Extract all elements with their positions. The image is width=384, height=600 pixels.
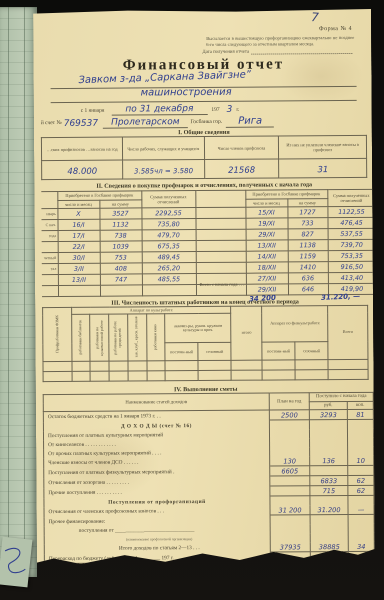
rubles-value: [309, 420, 347, 430]
workers-count-value: 3.585чл = 3.580: [123, 160, 204, 180]
date-received-label: Дата получения отчета: [202, 50, 249, 55]
handwritten-value: 476,45: [340, 218, 362, 226]
handwritten-value: 408: [115, 264, 127, 272]
cell-date-right: 27/XII: [246, 273, 288, 284]
cell-sum-left: 485,55: [142, 273, 196, 284]
date-received-line: Дата получения отчета: [202, 49, 352, 55]
amount-col-right: на сумму: [287, 198, 327, 206]
handwritten-value: 6833: [320, 477, 337, 485]
col-mass-culture: работники по культмассовой работе: [90, 315, 109, 362]
col-union-staff: Профработники ФЗМК: [43, 307, 72, 362]
form-number: Форма № 4: [40, 26, 366, 34]
rubles-value: [310, 496, 348, 506]
col-permanent-sport: постоян-ный: [262, 342, 295, 360]
rubles-value: 31.200: [310, 505, 348, 515]
handwritten-value: 18/XII: [258, 263, 276, 271]
handwritten-value: Х: [76, 209, 80, 217]
cell-date-left: 13/II: [58, 274, 100, 285]
kopecks-value: [348, 466, 374, 476]
kopecks-value: [348, 552, 374, 562]
plan-value: [270, 496, 310, 506]
handwritten-value: 1159: [300, 252, 316, 260]
rubles-value: [310, 524, 348, 533]
date-received-blank: [251, 49, 352, 55]
cell-sum-left: 489,45: [142, 251, 196, 262]
bank-printed-label: Госбанка гор.: [190, 119, 224, 126]
plan-value: 40435: [270, 562, 310, 572]
cell-date-right: 14/XII: [246, 251, 288, 262]
kopecks-value: [348, 496, 374, 506]
kopecks-value: [348, 533, 374, 542]
handwritten-value: 15/XI: [258, 208, 275, 216]
rubles-value: 136: [310, 456, 348, 466]
handwritten-value: 30/I: [73, 253, 85, 261]
col-seasonal-cult: сезонный: [198, 343, 231, 361]
kopecks-value: —: [348, 505, 374, 515]
plan-value: [270, 439, 310, 448]
handwritten-value: 739,70: [340, 240, 362, 248]
kopecks-value: [347, 420, 373, 430]
report-period-line: с 1 января по 31 декабря 197 3 г.: [81, 103, 357, 115]
rubles-value: [310, 438, 348, 447]
col-librarians: работники библиотек: [71, 315, 90, 362]
cell-date-left: 22/I: [58, 241, 100, 252]
handwritten-value: 31.200: [317, 506, 340, 514]
rotated-label: работники по культмассовой работе: [95, 316, 104, 358]
year-printed: 197: [211, 107, 222, 114]
side-fragment: нварь: [41, 208, 57, 219]
cell-date-left: Х: [57, 208, 99, 219]
rotated-label: работники кино: [153, 324, 158, 350]
period-printed: с 1 января: [81, 108, 108, 115]
col-cinema-staff: работники кино: [146, 314, 165, 361]
cell-sum-right: 916,50: [328, 261, 376, 272]
plan-value: 6605: [270, 466, 310, 476]
handwritten-value: 537,55: [340, 229, 362, 237]
handwritten-value: 753: [115, 253, 127, 261]
stamps-purchases-table: Приобретено в Госбанке профмарок Сумма п…: [41, 189, 376, 296]
table-value-row: 48.000 3.585чл = 3.580 21568 31: [42, 159, 367, 180]
handwritten-value: 31: [317, 166, 328, 176]
handwritten-value: 2500: [281, 411, 298, 419]
col-club-heads: зав. клуб., красн. уголков: [127, 314, 146, 361]
kopecks-value: [348, 438, 374, 447]
account-number-handwritten: 769537: [64, 119, 98, 129]
handwritten-value: 42.179: [318, 563, 341, 571]
city-handwritten: Рига: [226, 116, 274, 128]
col-children-work: работники по работе среди детей: [109, 314, 128, 361]
handwritten-value: 130: [283, 457, 296, 465]
col-income-items: Наименование статей доходов: [43, 393, 269, 412]
col-seasonal-sport: сезонный: [295, 342, 328, 360]
handwritten-value: 15: [357, 563, 365, 571]
handwritten-value: 3/II: [74, 264, 84, 272]
cell-spacer: [196, 251, 246, 262]
side-fragment: [42, 241, 58, 252]
income-item-label: Перерасход по бюджету (дефицит) на 1 ___…: [44, 552, 270, 564]
rubles-value: 42.179: [310, 562, 348, 572]
rotated-label: работники по работе среди детей: [114, 316, 123, 358]
kopecks-value: 62: [348, 476, 374, 486]
cell-count-left: 1132: [99, 219, 141, 230]
rubles-value: [310, 447, 348, 456]
rotated-label: зав. клуб., красн. уголков: [135, 317, 140, 358]
table-header-row: …ских профвзносов …взносов на год Число …: [41, 136, 366, 161]
cell-sum-right: 739,70: [328, 239, 376, 250]
cell-sum-right: 1122,55: [327, 206, 375, 217]
kopecks-value: [348, 447, 374, 456]
total-since-year-start-label: Всего с начала года . . .: [196, 282, 248, 287]
handwritten-value: 735,80: [157, 220, 179, 228]
side-fragment: [42, 274, 58, 285]
group-sports-staff: Аппарат по физкультработе: [262, 305, 328, 342]
budget-row: Всего:. . . 40435 42.179 15: [44, 562, 374, 574]
side-fragment: года: [42, 230, 58, 241]
handwritten-value: 489,45: [158, 253, 180, 261]
cell-date-right: 18/XII: [246, 262, 288, 273]
handwritten-value: 1410: [300, 263, 316, 271]
handwritten-value: 3527: [112, 209, 128, 217]
side-label-col: [41, 192, 57, 208]
income-item-label: Всего:. . .: [44, 562, 270, 574]
col-rubles: руб.: [309, 401, 347, 410]
handwritten-value: 10: [356, 457, 364, 465]
plan-value: 130: [270, 457, 310, 467]
handwritten-page-number: 7: [311, 10, 320, 24]
cell-count-left: 1039: [100, 241, 142, 252]
rubles-value: [310, 552, 348, 562]
handwritten-value: 485,55: [158, 275, 180, 283]
underlying-ledger-page: [0, 7, 37, 577]
kopecks-value: 81: [347, 410, 373, 420]
cell-spacer: [195, 207, 245, 218]
plan-value: [269, 430, 309, 439]
staff-empty-row: [43, 370, 368, 382]
plan-value: [269, 420, 309, 430]
cell-date-left: 3/II: [58, 263, 100, 274]
cell-sum-right: 753,35: [328, 250, 376, 261]
handwritten-value: —: [358, 506, 365, 514]
rubles-value: [310, 533, 348, 542]
plan-value: 37935: [270, 543, 310, 553]
rubles-value: 6833: [310, 476, 348, 486]
plan-value: 2500: [269, 410, 309, 420]
cell-date-left: 16/I: [57, 219, 99, 230]
col-dues-per-year: …ских профвзносов …взносов на год: [41, 138, 122, 162]
cell-spacer: [196, 262, 246, 273]
cell-count-left: 753: [100, 252, 142, 263]
budget-rows: Остаток бюджетных средств на 1 января 19…: [43, 410, 374, 574]
cell-sum-left: 2292,55: [141, 207, 195, 218]
cell-date-left: 30/I: [58, 252, 100, 263]
col-workers-count: Число рабочих, служащих и учащихся: [123, 137, 204, 161]
handwritten-value: 747: [115, 275, 127, 283]
plan-value: [270, 476, 310, 486]
plan-value: [270, 534, 310, 543]
handwritten-value: 646: [302, 285, 314, 293]
handwritten-total-deductions: 31.220, —: [321, 292, 360, 302]
rubles-value: 38885: [310, 542, 348, 552]
rotated-label: работники библиотек: [78, 320, 83, 355]
handwritten-value: 31 200: [278, 506, 301, 514]
handwritten-value: 62: [357, 477, 365, 485]
col-itogo: итого: [231, 306, 262, 361]
cell-date-right: 29/XII: [246, 284, 288, 295]
staff-table: Профработники ФЗМК Аппарат по культработ…: [42, 304, 369, 382]
handwritten-value: 636: [302, 274, 314, 282]
handwritten-value: 38885: [319, 543, 340, 551]
margin-scribble-icon: [0, 543, 29, 580]
spacer-col: [195, 191, 245, 207]
plan-value: [270, 525, 310, 534]
handwritten-value: 17/I: [72, 231, 84, 239]
cell-count-right: 1727: [287, 206, 327, 217]
handwritten-value: 1039: [113, 242, 129, 250]
col-union-members: Число членов профсоюза: [204, 136, 279, 160]
cell-spacer: [195, 218, 245, 229]
general-info-table: …ских профвзносов …взносов на год Число …: [41, 135, 367, 180]
cell-sum-left: 265,20: [142, 262, 196, 273]
cell-date-right: 13/XII: [246, 240, 288, 251]
rubles-value: [309, 429, 347, 438]
kopecks-value: 10: [348, 456, 374, 466]
col-unpaid-members: Из них не уплатили членские взносы в про…: [279, 136, 367, 160]
stamps-table-wrap: Приобретено в Госбанке профмарок Сумма п…: [41, 189, 368, 296]
handwritten-value: 29/XI: [258, 230, 275, 238]
handwritten-value: 413,40: [341, 273, 363, 281]
budget-table: Наименование статей доходов План на год …: [43, 392, 375, 574]
handwritten-value: 675,35: [157, 242, 179, 250]
handwritten-value: 13/XII: [257, 241, 275, 249]
rotated-label: Профработники ФЗМК: [55, 315, 60, 353]
year-handwritten: 3: [227, 105, 233, 115]
org-branch-line: машиностроения: [51, 87, 357, 103]
handwritten-value: 3.585чл = 3.580: [134, 168, 193, 176]
cell-count-left: 747: [100, 274, 142, 285]
cell-count-left: [100, 285, 142, 296]
budget-row: Перерасход по бюджету (дефицит) на 1 ___…: [44, 552, 374, 564]
cell-sum-left: 735,80: [141, 218, 195, 229]
cell-date-right: 29/XI: [246, 229, 288, 240]
cell-spacer: [196, 240, 246, 251]
handwritten-value: 1727: [299, 208, 315, 216]
handwritten-value: 22/I: [73, 242, 85, 250]
col-kopecks: коп.: [347, 401, 373, 410]
amount-col-left: на сумму: [99, 199, 141, 207]
plan-value: 31 200: [270, 506, 310, 516]
deductions-col-right: Сумма полученных отчислений: [327, 190, 375, 206]
cell-sum-right: 537,55: [328, 228, 376, 239]
rubles-value: [310, 466, 348, 476]
group-circle-leaders: аккомп-ры, руков. кружков культуры и про…: [165, 314, 231, 343]
handwritten-value: 738: [114, 231, 126, 239]
cell-count-right: 733: [287, 217, 327, 228]
col-permanent-cult: постоян-ный: [165, 343, 198, 361]
handwritten-value: 21568: [228, 166, 255, 176]
photo-backdrop: 7 Форма № 4 Высылается в вышестоящую про…: [0, 0, 384, 600]
plan-value: [270, 448, 310, 457]
cell-sum-left: [142, 284, 196, 295]
cell-date-left: [58, 285, 100, 296]
handwritten-value: 3293: [320, 411, 337, 419]
cell-count-right: 827: [288, 228, 328, 239]
period-handwritten: по 31 декабря: [111, 104, 207, 116]
cell-count-right: 636: [288, 272, 328, 283]
col-plan: План на год: [269, 393, 309, 410]
handwritten-value: 16/I: [72, 220, 84, 228]
kopecks-value: 15: [348, 562, 374, 572]
cell-count-left: 3527: [99, 208, 141, 219]
handwritten-value: 1138: [300, 241, 316, 249]
handwritten-value: 1132: [112, 220, 128, 228]
kopecks-value: [348, 524, 374, 533]
handwritten-value: 81: [356, 411, 364, 419]
unpaid-members-value: 31: [279, 159, 367, 179]
cell-count-left: 738: [100, 230, 142, 241]
cell-date-right: 19/XI: [245, 218, 287, 229]
bank-account-line: й счет № 769537 Пролетарском Госбанка го…: [41, 115, 361, 127]
kopecks-value: 34: [348, 542, 374, 552]
page-content: 7 Форма № 4 Высылается в вышестоящую про…: [33, 8, 375, 575]
cell-sum-left: 479,70: [142, 229, 196, 240]
handwritten-value: 40435: [280, 563, 301, 571]
col-vsego: Всего: [328, 305, 368, 360]
handwritten-value: 1122,55: [338, 207, 364, 215]
cell-count-right: 1138: [288, 239, 328, 250]
handwritten-value: ×: [288, 553, 294, 561]
handwritten-value: 733: [301, 219, 313, 227]
plan-value: [270, 515, 310, 525]
handwritten-value: 2292,55: [155, 209, 181, 217]
cell-sum-right: 413,40: [328, 272, 376, 283]
handwritten-value: 6605: [281, 467, 298, 475]
handwritten-value: 62: [357, 487, 365, 495]
handwritten-value: 715: [323, 487, 336, 495]
cell-sum-left: 675,35: [142, 240, 196, 251]
cell-spacer: [196, 229, 246, 240]
handwritten-value: 753,35: [341, 251, 363, 259]
cell-sum-right: 476,45: [327, 217, 375, 228]
handwritten-value: 479,70: [157, 231, 179, 239]
account-printed-label: й счет №: [41, 120, 64, 127]
handwritten-value: 27/XII: [258, 274, 276, 282]
plan-value: [270, 486, 310, 496]
cell-count-right: 1410: [288, 261, 328, 272]
torn-page-fragment: [0, 537, 32, 588]
side-fragment: четный: [42, 252, 58, 263]
side-fragment: тал: [42, 263, 58, 274]
org-branch-handwritten: машиностроения: [141, 87, 232, 99]
cell-count-right: 1159: [288, 250, 328, 261]
kopecks-value: [348, 515, 374, 525]
handwritten-value: 19/XI: [258, 219, 275, 227]
handwritten-value: 265,20: [158, 264, 180, 272]
rubles-value: 3293: [309, 410, 347, 420]
handwritten-total-amount: 34 200: [249, 293, 276, 303]
kopecks-value: [347, 429, 373, 438]
handwritten-value: 916,50: [341, 262, 363, 270]
submission-instruction: Высылается в вышестоящую профорганизацию…: [206, 35, 354, 48]
plan-value: ×: [270, 552, 310, 562]
cell-date-right: 15/XI: [245, 207, 287, 218]
report-page: 7 Форма № 4 Высылается в вышестоящую про…: [33, 8, 375, 576]
cell-count-left: 408: [100, 263, 142, 274]
handwritten-value: 37935: [280, 543, 301, 551]
handwritten-value: 136: [322, 457, 335, 465]
union-members-value: 21568: [204, 159, 279, 179]
dues-per-year-value: 48.000: [42, 161, 123, 181]
deductions-col-left: Сумма полученных отчислений: [141, 191, 195, 208]
year-suffix: г.: [236, 107, 242, 114]
rubles-value: 715: [310, 486, 348, 496]
side-fragment: С нач.: [41, 219, 57, 230]
rubles-value: [310, 515, 348, 525]
handwritten-value: 14/XII: [258, 252, 276, 260]
cell-date-left: 17/I: [58, 230, 100, 241]
handwritten-value: 48.000: [67, 167, 97, 177]
handwritten-value: 13/II: [72, 275, 86, 283]
handwritten-value: 827: [301, 230, 313, 238]
bank-branch-handwritten: Пролетарском: [103, 118, 188, 130]
side-fragment: [42, 285, 58, 296]
handwritten-value: 29/XII: [258, 285, 276, 293]
handwritten-value: 34: [357, 543, 365, 551]
kopecks-value: 62: [348, 486, 374, 496]
